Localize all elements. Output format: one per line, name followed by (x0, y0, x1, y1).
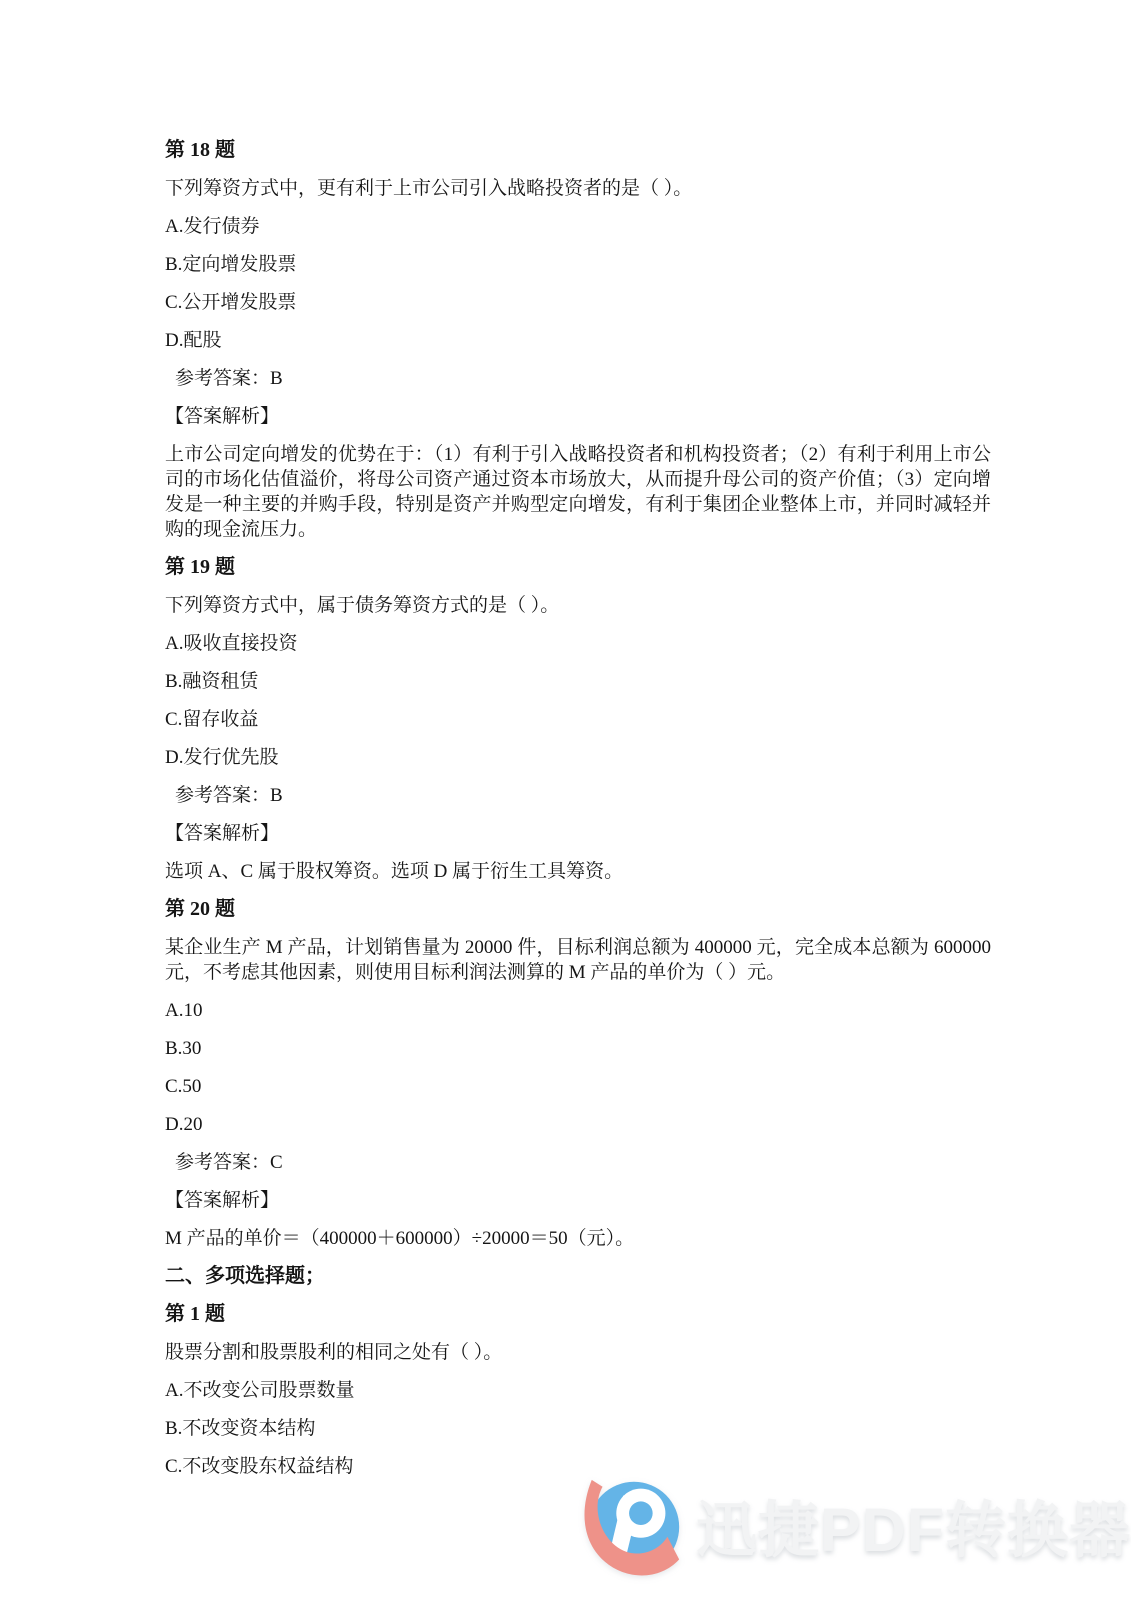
question-18-option-d: D.配股 (165, 328, 991, 353)
question-19-title: 第 19 题 (165, 555, 991, 580)
mc-question-1-option-a: A.不改变公司股票数量 (165, 1378, 991, 1403)
question-18-option-a: A.发行债券 (165, 214, 991, 239)
answer-value: C (270, 1152, 283, 1173)
answer-label: 参考答案： (175, 368, 270, 389)
question-19-analysis-label: 【答案解析】 (165, 821, 991, 846)
document-page: { "questions": [ { "number_label": "第 18… (0, 0, 1131, 1600)
question-20-option-a: A.10 (165, 998, 991, 1023)
question-18-answer: 参考答案：B (165, 366, 991, 391)
question-18-stem: 下列筹资方式中，更有利于上市公司引入战略投资者的是（ ）。 (165, 176, 991, 201)
question-20-stem: 某企业生产 M 产品，计划销售量为 20000 件，目标利润总额为 400000… (165, 935, 991, 985)
mc-question-1-option-b: B.不改变资本结构 (165, 1416, 991, 1441)
question-20-option-b: B.30 (165, 1036, 991, 1061)
question-18-analysis-label: 【答案解析】 (165, 404, 991, 429)
answer-label: 参考答案： (175, 785, 270, 806)
question-19-stem: 下列筹资方式中，属于债务筹资方式的是（ ）。 (165, 593, 991, 618)
question-19-option-d: D.发行优先股 (165, 745, 991, 770)
question-20-option-c: C.50 (165, 1074, 991, 1099)
question-20-title: 第 20 题 (165, 897, 991, 922)
question-19-analysis: 选项 A、C 属于股权筹资。选项 D 属于衍生工具筹资。 (165, 859, 991, 884)
question-19-answer: 参考答案：B (165, 783, 991, 808)
question-18-option-c: C.公开增发股票 (165, 290, 991, 315)
question-20-option-d: D.20 (165, 1112, 991, 1137)
question-20-analysis: M 产品的单价＝（400000＋600000）÷20000＝50（元）。 (165, 1226, 991, 1251)
question-18-title: 第 18 题 (165, 138, 991, 163)
question-18-analysis: 上市公司定向增发的优势在于：（1）有利于引入战略投资者和机构投资者；（2）有利于… (165, 442, 991, 542)
question-19-option-c: C.留存收益 (165, 707, 991, 732)
watermark-text: 迅捷PDF转换器 (696, 1482, 1131, 1569)
question-20-analysis-label: 【答案解析】 (165, 1188, 991, 1213)
section-header-multiple-choice: 二、多项选择题； (165, 1264, 991, 1289)
question-20-answer: 参考答案：C (165, 1150, 991, 1175)
question-19-option-a: A.吸收直接投资 (165, 631, 991, 656)
answer-value: B (270, 785, 283, 806)
answer-label: 参考答案： (175, 1152, 270, 1173)
question-18-option-b: B.定向增发股票 (165, 252, 991, 277)
question-19-option-b: B.融资租赁 (165, 669, 991, 694)
mc-question-1-option-c: C.不改变股东权益结构 (165, 1454, 991, 1479)
mc-question-1-stem: 股票分割和股票股利的相同之处有（ ）。 (165, 1340, 991, 1365)
mc-question-1-title: 第 1 题 (165, 1302, 991, 1327)
document-content: 第 18 题 下列筹资方式中，更有利于上市公司引入战略投资者的是（ ）。 A.发… (165, 138, 991, 1492)
answer-value: B (270, 368, 283, 389)
